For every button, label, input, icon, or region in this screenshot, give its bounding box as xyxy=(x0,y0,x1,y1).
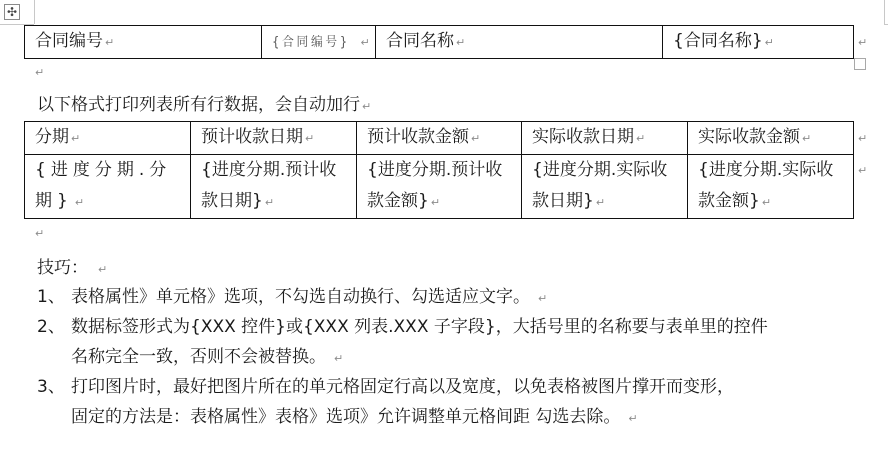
list-number: 3、 xyxy=(37,372,71,402)
paragraph-mark-icon: ↵ xyxy=(628,412,637,425)
header-label: 预计收款日期 xyxy=(201,127,303,147)
list-intro-text: 以下格式打印列表所有行数据，会自动加行 xyxy=(37,95,360,115)
payment-schedule-table: 分期↵ 预计收款日期↵ 预计收款金额↵ 实际收款日期↵ 实际收款金额↵ {进度分… xyxy=(24,121,854,219)
margin-guide xyxy=(884,24,888,25)
paragraph-mark-icon: ↵ xyxy=(361,36,370,49)
tip-text: 名称完全一致，否则不会被替换。 xyxy=(71,347,326,367)
paragraph-mark-icon: ↵ xyxy=(636,132,645,145)
paragraph-mark-icon: ↵ xyxy=(538,292,547,305)
tips-title-text: 技巧： xyxy=(37,258,88,278)
paragraph-mark-icon: ↵ xyxy=(471,132,480,145)
paragraph-mark-icon: ↵ xyxy=(765,36,774,49)
paragraph-mark-icon: ↵ xyxy=(802,132,811,145)
paragraph-mark-icon: ↵ xyxy=(362,100,371,113)
paragraph-mark-icon: ↵ xyxy=(762,196,771,209)
paragraph-mark-icon: ↵ xyxy=(431,196,440,209)
table-cell[interactable]: {进度分期.实际收款日期}↵ xyxy=(522,155,688,219)
list-number: 1、 xyxy=(37,282,71,312)
column-header[interactable]: 预计收款日期↵ xyxy=(191,122,357,155)
header-label: 实际收款日期 xyxy=(532,127,634,147)
cell-field-tag: {合同名称} xyxy=(673,31,763,51)
tip-item-2: 2、数据标签形式为{XXX 控件}或{XXX 列表.XXX 子字段}，大括号里的… xyxy=(37,312,768,374)
tip-item-1: 1、表格属性》单元格》选项，不勾选自动换行、勾选适应文字。↵ xyxy=(37,282,547,314)
table-cell[interactable]: 合同编号↵ xyxy=(25,26,262,59)
table-cell[interactable]: {合同编号}↵ xyxy=(262,26,376,59)
paragraph-mark-icon: ↵ xyxy=(35,66,44,79)
tip-text: 打印图片时，最好把图片所在的单元格固定行高以及宽度，以免表格被图片撑开而变形， xyxy=(71,377,734,397)
table-row: {进度分期.分期}↵ {进度分期.预计收款日期}↵ {进度分期.预计收款金额}↵… xyxy=(25,155,854,219)
end-of-row-mark-icon: ↵ xyxy=(858,36,867,49)
tip-text: 表格属性》单元格》选项，不勾选自动换行、勾选适应文字。 xyxy=(71,287,530,307)
column-header[interactable]: 预计收款金额↵ xyxy=(357,122,522,155)
list-number: 2、 xyxy=(37,312,71,342)
table-header-row: 分期↵ 预计收款日期↵ 预计收款金额↵ 实际收款日期↵ 实际收款金额↵ xyxy=(25,122,854,155)
tip-text: 固定的方法是：表格属性》表格》选项》允许调整单元格间距 勾选去除。 xyxy=(71,407,620,427)
tip-text: 数据标签形式为{XXX 控件}或{XXX 列表.XXX 子字段}，大括号里的名称… xyxy=(71,317,768,337)
column-header[interactable]: 实际收款日期↵ xyxy=(522,122,688,155)
cell-field-tag: {合同编号} xyxy=(272,27,350,58)
table-cell[interactable]: {进度分期.预计收款日期}↵ xyxy=(191,155,357,219)
paragraph-mark-icon: ↵ xyxy=(105,36,114,49)
paragraph-mark-icon: ↵ xyxy=(305,132,314,145)
contract-header-table: 合同编号↵ {合同编号}↵ 合同名称↵ {合同名称}↵ xyxy=(24,25,854,59)
table-cell[interactable]: 合同名称↵ xyxy=(376,26,663,59)
paragraph-mark-icon: ↵ xyxy=(98,263,107,276)
table-row: 合同编号↵ {合同编号}↵ 合同名称↵ {合同名称}↵ xyxy=(25,26,854,59)
list-intro-paragraph: 以下格式打印列表所有行数据，会自动加行↵ xyxy=(37,90,371,122)
paragraph-mark-icon: ↵ xyxy=(71,132,80,145)
cell-label: 合同名称 xyxy=(386,31,454,51)
tips-title: 技巧：↵ xyxy=(37,253,107,285)
table-cell[interactable]: {进度分期.预计收款金额}↵ xyxy=(357,155,522,219)
column-header[interactable]: 实际收款金额↵ xyxy=(688,122,854,155)
column-header[interactable]: 分期↵ xyxy=(25,122,191,155)
paragraph-mark-icon: ↵ xyxy=(596,196,605,209)
paragraph-mark-icon: ↵ xyxy=(334,352,343,365)
cell-field-tag: {进度分期.分期} xyxy=(35,160,171,211)
header-label: 分期 xyxy=(35,127,69,147)
tip-item-3: 3、打印图片时，最好把图片所在的单元格固定行高以及宽度，以免表格被图片撑开而变形… xyxy=(37,372,734,434)
table-resize-handle[interactable] xyxy=(854,58,866,70)
margin-guide xyxy=(884,0,885,24)
table-move-handle-icon[interactable]: ✣ xyxy=(4,4,20,20)
paragraph-mark-icon: ↵ xyxy=(35,227,44,240)
margin-guide xyxy=(34,0,35,24)
header-label: 实际收款金额 xyxy=(698,127,800,147)
paragraph-mark-icon: ↵ xyxy=(265,196,274,209)
paragraph-mark-icon: ↵ xyxy=(456,36,465,49)
table-cell[interactable]: {进度分期.分期}↵ xyxy=(25,155,191,219)
paragraph-mark-icon: ↵ xyxy=(75,196,84,209)
end-of-row-mark-icon: ↵ xyxy=(858,132,867,145)
table-cell[interactable]: {进度分期.实际收款金额}↵ xyxy=(688,155,854,219)
table-cell[interactable]: {合同名称}↵ xyxy=(663,26,854,59)
cell-label: 合同编号 xyxy=(35,31,103,51)
header-label: 预计收款金额 xyxy=(367,127,469,147)
end-of-row-mark-icon: ↵ xyxy=(858,164,867,177)
